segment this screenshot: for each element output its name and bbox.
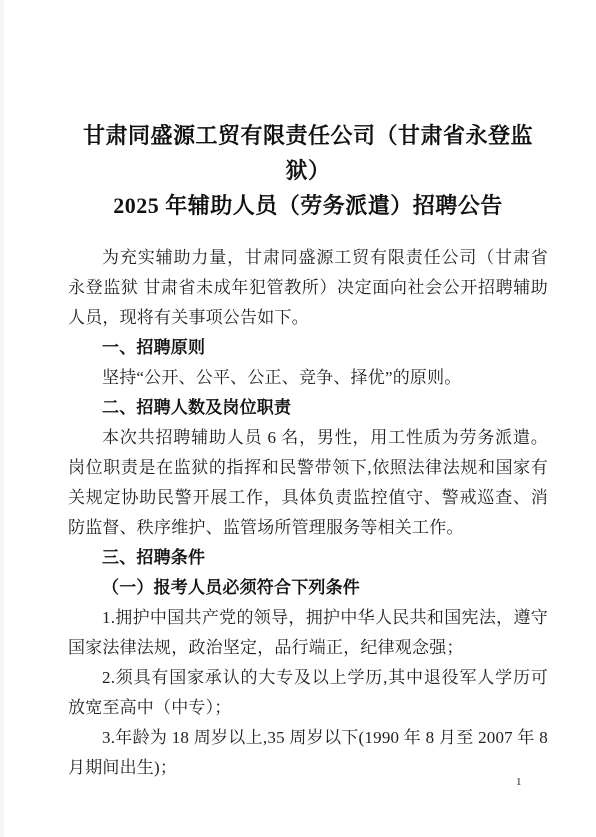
condition-item-1: 1.拥护中国共产党的领导，拥护中华人民共和国宪法，遵守国家法律法规，政治坚定，品… — [68, 603, 548, 663]
document-page: 甘肃同盛源工贸有限责任公司（甘肃省永登监狱） 2025 年辅助人员（劳务派遣）招… — [4, 0, 596, 837]
condition-item-3: 3.年龄为 18 周岁以上,35 周岁以下(1990 年 8 月至 2007 年… — [68, 723, 548, 783]
section-1-heading: 一、招聘原则 — [68, 333, 548, 363]
section-2-paragraph: 本次共招聘辅助人员 6 名，男性，用工性质为劳务派遣。岗位职责是在监狱的指挥和民… — [68, 423, 548, 543]
document-title-line2: 2025 年辅助人员（劳务派遣）招聘公告 — [68, 188, 548, 223]
section-3-subheading: （一）报考人员必须符合下列条件 — [68, 573, 548, 603]
document-body: 甘肃同盛源工贸有限责任公司（甘肃省永登监狱） 2025 年辅助人员（劳务派遣）招… — [4, 0, 596, 783]
page-number: 1 — [516, 776, 522, 788]
section-3-heading: 三、招聘条件 — [68, 543, 548, 573]
section-2-heading: 二、招聘人数及岗位职责 — [68, 393, 548, 423]
section-1-paragraph: 坚持“公开、公平、公正、竞争、择优”的原则。 — [68, 363, 548, 393]
intro-paragraph: 为充实辅助力量，甘肃同盛源工贸有限责任公司（甘肃省永登监狱 甘肃省未成年犯管教所… — [68, 243, 548, 333]
document-title-line1: 甘肃同盛源工贸有限责任公司（甘肃省永登监狱） — [68, 118, 548, 188]
document-title: 甘肃同盛源工贸有限责任公司（甘肃省永登监狱） 2025 年辅助人员（劳务派遣）招… — [68, 118, 548, 223]
condition-item-2: 2.须具有国家承认的大专及以上学历,其中退役军人学历可放宽至高中（中专）； — [68, 663, 548, 723]
